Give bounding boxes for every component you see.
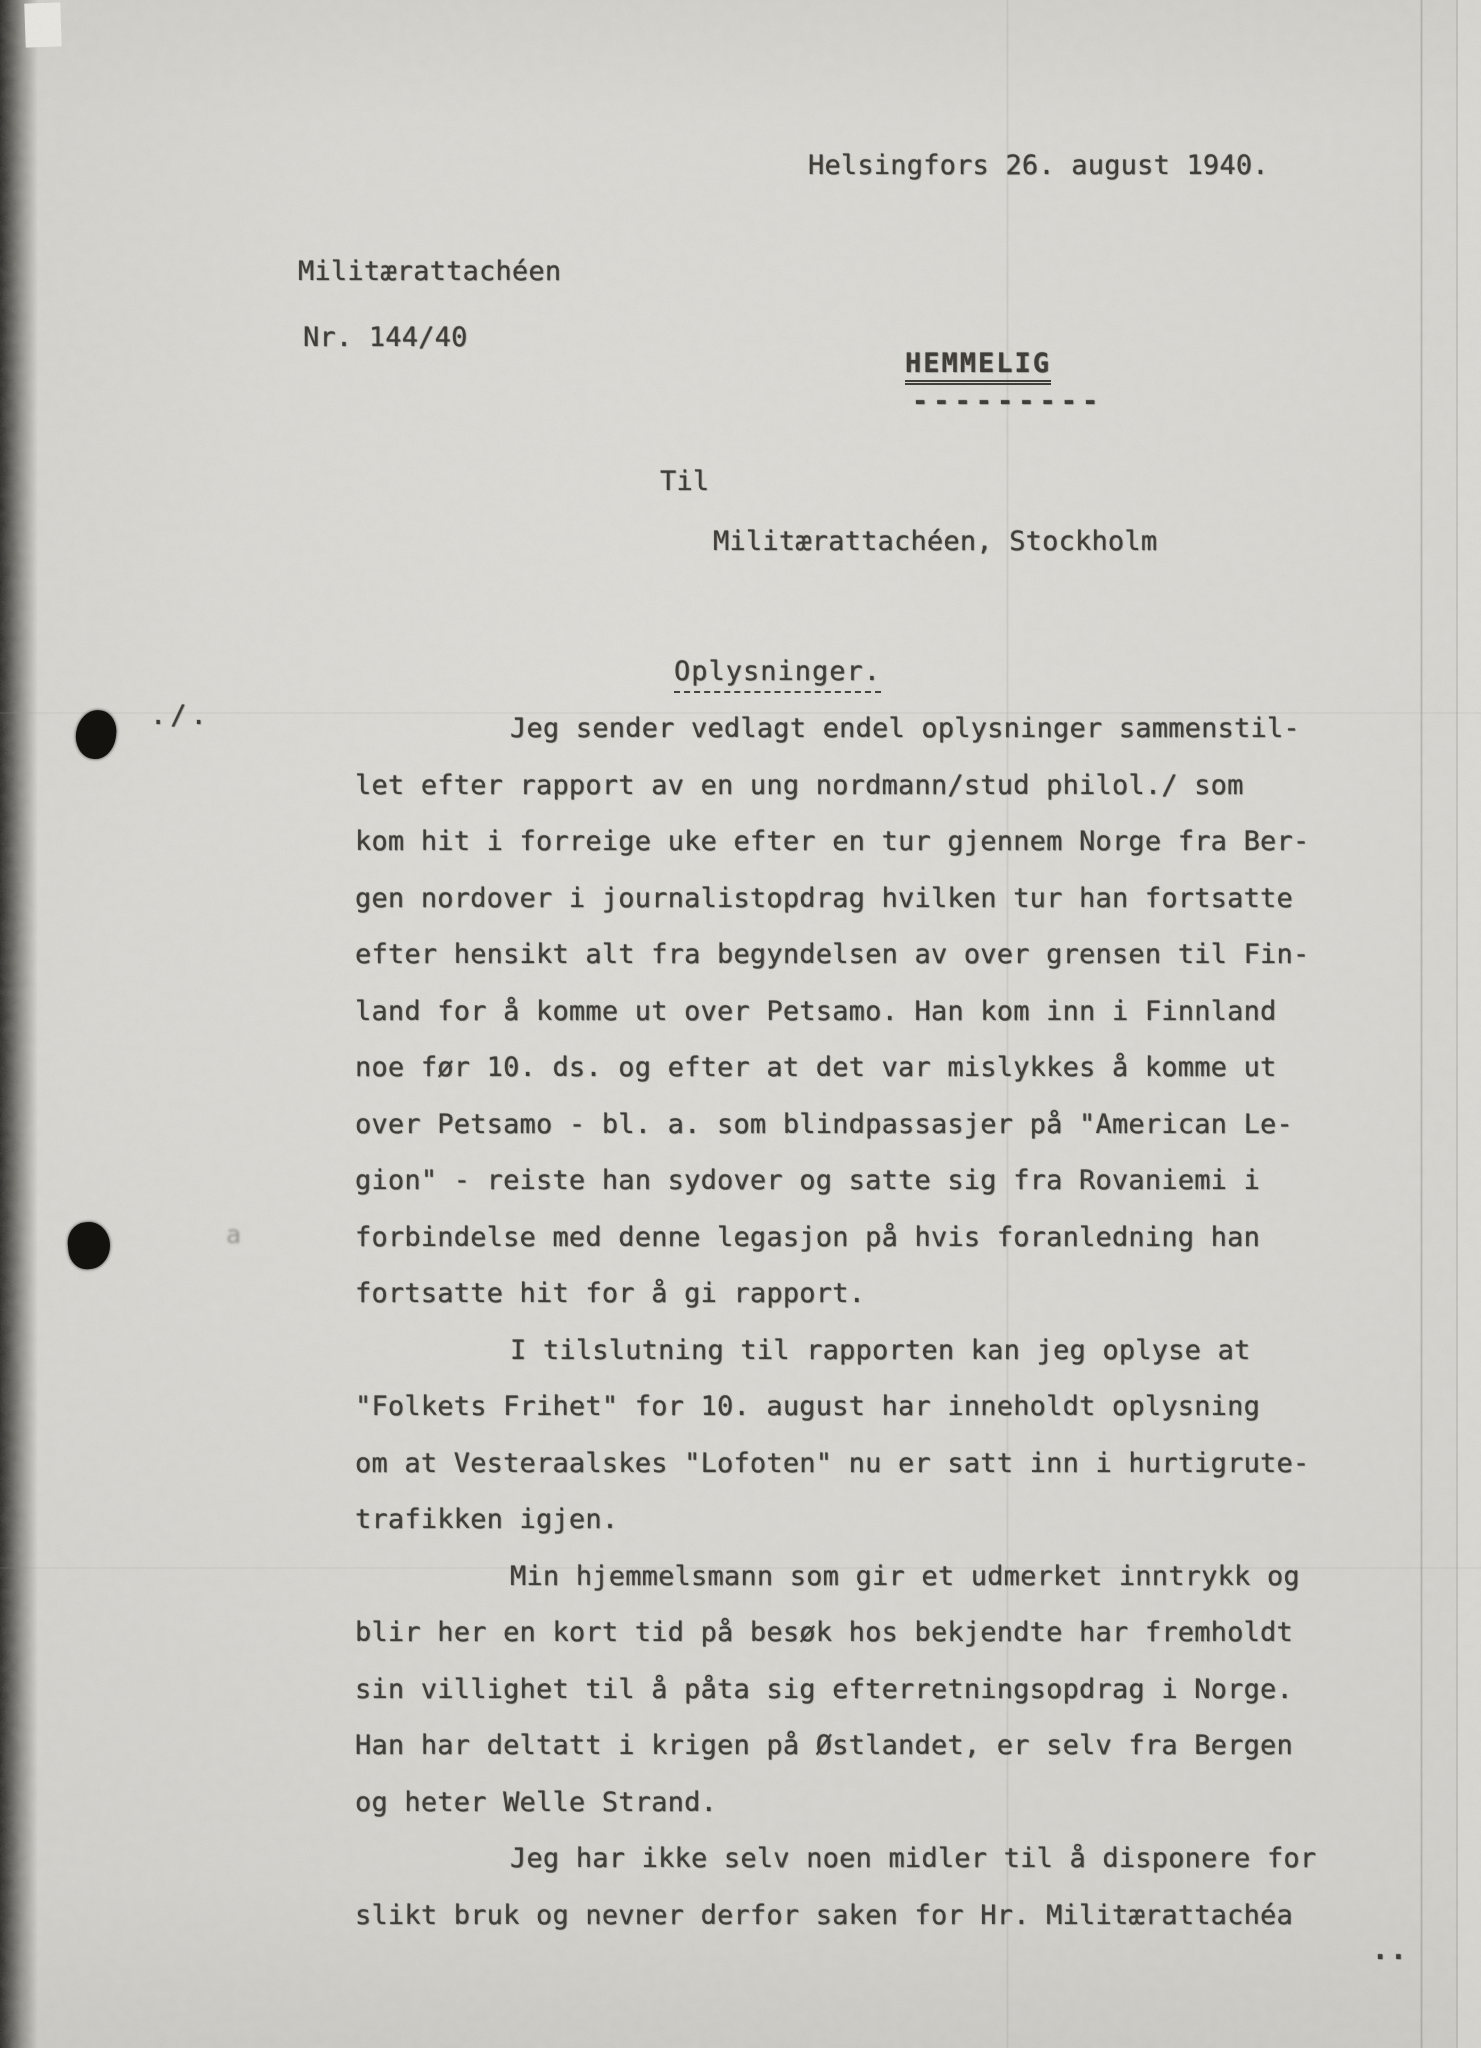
letter-line: Jeg har ikke selv noen midler til å disp… (355, 1831, 1385, 1888)
letter-line: kom hit i forreige uke efter en tur gjen… (355, 814, 1385, 871)
recipient-intro: Til (660, 466, 709, 497)
enclosure-mark: ./. (150, 700, 211, 731)
letter-line: efter hensikt alt fra begyndelsen av ove… (355, 927, 1385, 984)
hole-punch-top (73, 707, 119, 761)
classification-stamp: HEMMELIG (905, 348, 1051, 385)
letter-line: Min hjemmelsmann som gir et udmerket inn… (355, 1549, 1385, 1606)
letter-line: om at Vesteraalskes "Lofoten" nu er satt… (355, 1436, 1385, 1493)
letter-line: blir her en kort tid på besøk hos bekjen… (355, 1605, 1385, 1662)
scanned-letter-page: Helsingfors 26. august 1940. Militæratta… (0, 0, 1481, 2048)
letter-line: gion" - reiste han sydover og satte sig … (355, 1153, 1385, 1210)
letter-line: trafikken igjen. (355, 1492, 1385, 1549)
ink-smudge: a (226, 1220, 241, 1249)
sender-title: Militærattachéen (298, 256, 561, 287)
top-left-paper-notch (24, 2, 62, 47)
letter-line: I tilslutning til rapporten kan jeg oply… (355, 1323, 1385, 1380)
letter-line: forbindelse med denne legasjon på hvis f… (355, 1210, 1385, 1267)
subject-heading: Oplysninger. (674, 656, 881, 693)
paper-right-edge-line (1420, 0, 1423, 2048)
letter-line: fortsatte hit for å gi rapport. (355, 1266, 1385, 1323)
recipient-line: Militærattachéen, Stockholm (713, 526, 1157, 557)
letter-line: over Petsamo - bl. a. som blindpassasjer… (355, 1097, 1385, 1154)
letter-line: og heter Welle Strand. (355, 1775, 1385, 1832)
letter-line: gen nordover i journalistopdrag hvilken … (355, 871, 1385, 928)
right-margin-strip (1458, 0, 1481, 2048)
classification-dashes: --------- (912, 386, 1103, 417)
left-gutter-shadow (0, 0, 38, 2048)
letter-line: Han har deltatt i krigen på Østlandet, e… (355, 1718, 1385, 1775)
reference-number: Nr. 144/40 (303, 322, 468, 353)
letter-line: slikt bruk og nevner derfor saken for Hr… (355, 1888, 1385, 1945)
date-line: Helsingfors 26. august 1940. (808, 150, 1269, 181)
trailing-mark: .. (1372, 1935, 1409, 1966)
hole-punch-bottom (66, 1220, 113, 1271)
letter-line: sin villighet til å påta sig efterretnin… (355, 1662, 1385, 1719)
letter-line: "Folkets Frihet" for 10. august har inne… (355, 1379, 1385, 1436)
letter-line: Jeg sender vedlagt endel oplysninger sam… (355, 701, 1385, 758)
letter-line: let efter rapport av en ung nordmann/stu… (355, 758, 1385, 815)
letter-line: land for å komme ut over Petsamo. Han ko… (355, 984, 1385, 1041)
letter-line: noe før 10. ds. og efter at det var misl… (355, 1040, 1385, 1097)
letter-body: Jeg sender vedlagt endel oplysninger sam… (355, 701, 1385, 1944)
